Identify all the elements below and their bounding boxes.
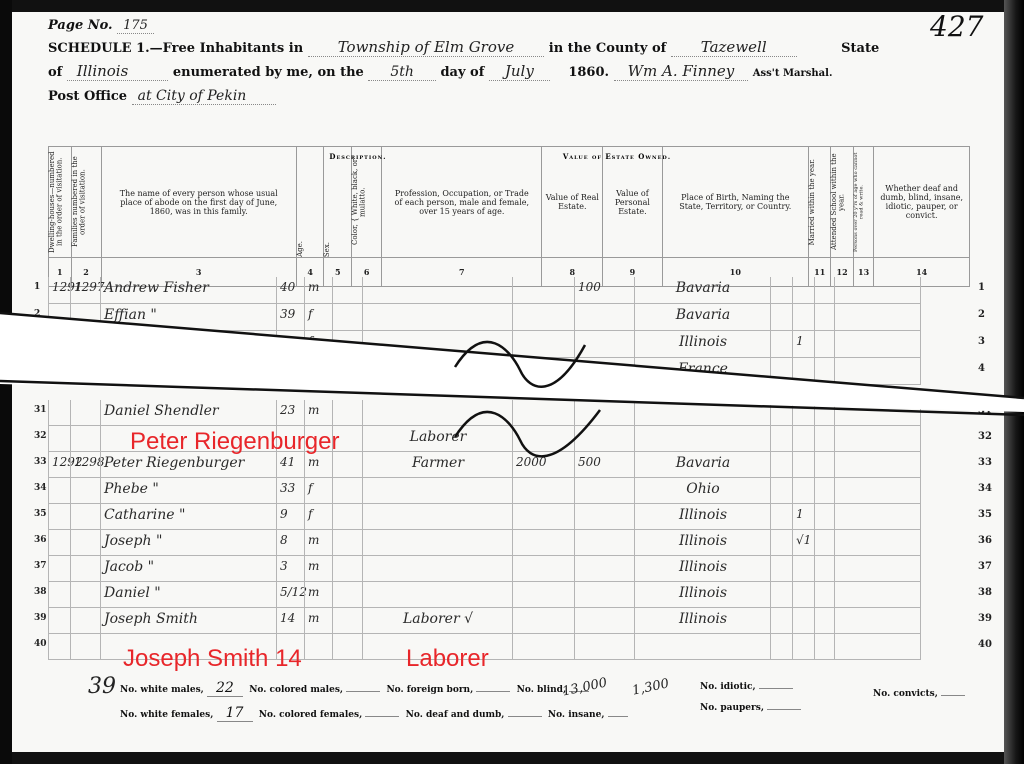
column-rule — [70, 277, 71, 385]
scan-edge-right — [1004, 0, 1024, 764]
col-num: 14 — [874, 258, 970, 287]
sex-cell: m — [308, 585, 330, 599]
marshal-label: Ass't Marshal. — [753, 68, 833, 79]
row-rule — [48, 425, 920, 426]
column-rule — [332, 277, 333, 385]
line-number-right: 36 — [978, 535, 992, 546]
line-number-right: 31 — [978, 405, 992, 416]
birthplace-cell: Illinois — [638, 334, 768, 350]
age-cell: 6 — [280, 334, 302, 348]
sex-cell: f — [308, 481, 330, 495]
line-number-right: 32 — [978, 431, 992, 442]
column-rule — [100, 400, 101, 660]
paupers-label: No. paupers, — [700, 703, 764, 713]
line-number-left: 34 — [34, 483, 47, 493]
scan-edge-left — [0, 0, 12, 764]
sex-cell: m — [308, 280, 330, 294]
line-number-left: 39 — [34, 613, 47, 623]
col-6-header: Color, { White, black, or mulatto. — [352, 147, 367, 257]
page-number-line: Page No. 175 — [48, 18, 154, 33]
of-label: of — [48, 65, 62, 80]
name-cell: Joseph " — [104, 533, 274, 549]
idiotic-label: No. idiotic, — [700, 682, 756, 692]
line-number-right: 37 — [978, 561, 992, 572]
name-cell: Catharine " — [104, 507, 274, 523]
age-cell: 14 — [280, 611, 302, 625]
row-rule — [48, 633, 920, 634]
col-2-header: Families numbered in the order of visita… — [72, 147, 87, 257]
sex-cell: f — [308, 507, 330, 521]
annotation-peter-riegenburger: Peter Riegenburger — [130, 428, 339, 456]
column-headers: Dwelling-houses—numbered in the order of… — [49, 147, 970, 258]
column-rule — [770, 400, 771, 660]
schedule-title-line: SCHEDULE 1.—Free Inhabitants in Township… — [48, 38, 879, 56]
column-rule — [574, 400, 575, 660]
birthplace-cell: Illinois — [638, 533, 768, 549]
age-cell: 33 — [280, 481, 302, 495]
row-rule — [48, 477, 920, 478]
school-cell: 1 — [796, 507, 812, 521]
column-rule — [634, 277, 635, 385]
column-rule — [920, 400, 921, 660]
personal-estate-cell: 100 — [578, 280, 632, 294]
col-14-header: Whether deaf and dumb, blind, insane, id… — [874, 147, 970, 258]
row-rule — [48, 607, 920, 608]
column-rule — [814, 277, 815, 385]
birthplace-cell: Illinois — [638, 507, 768, 523]
blind-label: No. blind, — [517, 685, 566, 695]
personal-estate-cell: 500 — [578, 455, 632, 469]
school-cell: √1 — [796, 533, 812, 547]
line-number-right: 38 — [978, 587, 992, 598]
sex-cell: m — [308, 533, 330, 547]
column-rule — [834, 400, 835, 660]
dwelling-cell: 1292 — [52, 455, 68, 469]
idiotic-line: No. idiotic, — [700, 682, 793, 692]
white-females-value: 17 — [217, 705, 253, 722]
name-cell: Daniel Shendler — [104, 403, 274, 419]
occupation-cell: Laborer √ — [366, 611, 510, 627]
school-cell: 1 — [796, 334, 812, 348]
line-number-left: 40 — [34, 639, 47, 649]
age-cell: 8 — [280, 533, 302, 547]
page-label: Page No. — [48, 18, 113, 33]
line-number-right: 4 — [978, 363, 985, 374]
column-rule — [70, 400, 71, 660]
col-5-header: Sex. — [324, 242, 332, 257]
column-rule — [792, 400, 793, 660]
col-num: 11 — [809, 258, 831, 287]
county: Tazewell — [671, 38, 797, 57]
row-rule — [48, 555, 920, 556]
col-num: 13 — [853, 258, 873, 287]
col-13-header: Persons over 20 y'rs of age who cannot r… — [854, 147, 865, 257]
birthplace-cell: Ohio — [638, 481, 768, 497]
column-rule — [100, 277, 101, 385]
colored-males-label: No. colored males, — [249, 685, 343, 695]
sex-cell: m — [308, 611, 330, 625]
post-office-label: Post Office — [48, 89, 127, 104]
day: 5th — [368, 64, 436, 81]
age-cell: 5/12 — [280, 585, 302, 599]
line-number-left: 33 — [34, 457, 47, 467]
line-number-right: 1 — [978, 282, 985, 293]
white-males-value: 22 — [207, 680, 243, 697]
convicts-line: No. convicts, — [873, 689, 965, 699]
line-number-left: 31 — [34, 405, 47, 415]
white-males-label: No. white males, — [120, 685, 204, 695]
age-cell: 40 — [280, 280, 302, 294]
age-cell: 39 — [280, 307, 302, 321]
line-number-left: 35 — [34, 509, 47, 519]
page-tally: 39 — [88, 674, 116, 699]
day-of-label: day of — [440, 65, 484, 80]
estate-group-header: Value of Estate Owned. — [556, 152, 678, 161]
row-rule — [48, 529, 920, 530]
birthplace-cell: France — [638, 361, 768, 377]
name-cell: Peter Riegenburger — [104, 455, 274, 471]
column-rule — [304, 277, 305, 385]
age-cell: 3 — [280, 559, 302, 573]
col-8-header: Value of Real Estate. — [542, 147, 603, 258]
totals-block: No. white males, 22 No. colored males, N… — [120, 680, 628, 730]
line-number-left: 38 — [34, 587, 47, 597]
line-number-right: 33 — [978, 457, 992, 468]
month: July — [489, 62, 550, 81]
line-number-right: 34 — [978, 483, 992, 494]
col-num: 7 — [382, 258, 542, 287]
description-group-header: Description. — [318, 152, 398, 161]
county-label: in the County of — [549, 41, 666, 56]
name-cell: Phebe " — [104, 481, 274, 497]
age-cell: 41 — [280, 455, 302, 469]
row-rule — [48, 357, 920, 358]
state: Illinois — [67, 62, 169, 81]
col-11-header: Married within the year. — [809, 159, 817, 245]
name-cell: Jacob " — [104, 559, 274, 575]
name-cell: Joseph Smith — [104, 611, 274, 627]
real-estate-cell: 2000 — [516, 455, 572, 469]
dwelling-cell: 1291 — [52, 280, 68, 294]
line-number-left: 32 — [34, 431, 47, 441]
occupation-cell: Farmer — [366, 455, 510, 471]
deaf-dumb-label: No. deaf and dumb, — [406, 710, 505, 720]
census-page — [10, 12, 1006, 752]
line-number-right: 39 — [978, 613, 992, 624]
col-3-header: The name of every person whose usual pla… — [101, 147, 296, 258]
column-rule — [48, 400, 49, 660]
birthplace-cell: Illinois — [638, 559, 768, 575]
colored-females-label: No. colored females, — [259, 710, 362, 720]
name-cell: Andrew Fisher — [104, 280, 274, 296]
line-number-left: 36 — [34, 535, 47, 545]
column-rule — [362, 400, 363, 660]
sex-cell: f — [308, 307, 330, 321]
occupation-cell: Laborer — [366, 429, 510, 445]
row-rule — [48, 384, 920, 385]
line-number-left: 1 — [34, 282, 40, 292]
insane-label: No. insane, — [548, 710, 605, 720]
township: Township of Elm Grove — [308, 38, 545, 57]
column-rule — [834, 277, 835, 385]
page-number: 175 — [117, 18, 154, 34]
age-cell: 23 — [280, 403, 302, 417]
name-cell: Effian " — [104, 307, 274, 323]
col-num: 6 — [352, 258, 382, 287]
sex-cell: m — [308, 455, 330, 469]
age-cell: 9 — [280, 507, 302, 521]
column-rule — [920, 277, 921, 385]
column-rule — [770, 277, 771, 385]
family-cell: 1297 — [74, 280, 98, 294]
sex-cell: m — [308, 403, 330, 417]
post-office: at City of Pekin — [132, 88, 277, 105]
sex-cell: f — [308, 334, 330, 348]
col-9-header: Value of Personal Estate. — [603, 147, 662, 258]
convicts-label: No. convicts, — [873, 689, 938, 699]
col-10-header: Place of Birth, Naming the State, Territ… — [662, 147, 808, 258]
enumeration-line: of Illinois enumerated by me, on the 5th… — [48, 62, 832, 80]
line-number-left: 4 — [34, 363, 40, 373]
year: 1860. — [568, 65, 609, 80]
row-rule — [48, 303, 920, 304]
post-office-line: Post Office at City of Pekin — [48, 88, 276, 104]
marshal-name: Wm A. Finney — [614, 62, 749, 81]
line-number-left: 2 — [34, 309, 40, 319]
column-rule — [634, 400, 635, 660]
column-rule — [362, 277, 363, 385]
column-rule — [512, 277, 513, 385]
birthplace-cell: Bavaria — [638, 307, 768, 323]
line-number-right: 3 — [978, 336, 985, 347]
column-rule — [48, 277, 49, 385]
annotation-joseph-smith: Joseph Smith 14 — [123, 645, 302, 673]
line-number-left: 37 — [34, 561, 47, 571]
schedule-title: SCHEDULE 1.—Free Inhabitants in — [48, 41, 303, 56]
white-females-label: No. white females, — [120, 710, 213, 720]
col-12-header: Attended School within the year. — [831, 147, 846, 257]
annotation-laborer: Laborer — [406, 645, 489, 673]
col-1-header: Dwelling-houses—numbered in the order of… — [49, 147, 64, 257]
row-rule — [48, 581, 920, 582]
enumerated-label: enumerated by me, on the — [173, 65, 364, 80]
column-rule — [574, 277, 575, 385]
col-7-header: Profession, Occupation, or Trade of each… — [382, 147, 542, 258]
birthplace-cell: Illinois — [638, 611, 768, 627]
row-rule — [48, 503, 920, 504]
family-cell: 1298 — [74, 455, 98, 469]
line-number-left: 3 — [34, 336, 40, 346]
birthplace-cell: Bavaria — [638, 455, 768, 471]
column-rule — [792, 277, 793, 385]
census-table: Dwelling-houses—numbered in the order of… — [48, 146, 970, 287]
column-rule — [512, 400, 513, 660]
column-rule — [276, 277, 277, 385]
sex-cell: m — [308, 559, 330, 573]
birthplace-cell: Bavaria — [638, 280, 768, 296]
line-number-right: 2 — [978, 309, 985, 320]
line-number-right: 40 — [978, 639, 992, 650]
name-cell: Daniel " — [104, 585, 274, 601]
line-number-right: 35 — [978, 509, 992, 520]
foreign-born-label: No. foreign born, — [386, 685, 473, 695]
column-rule — [814, 400, 815, 660]
col-4-header: Age. — [297, 241, 305, 257]
paupers-line: No. paupers, — [700, 703, 801, 713]
sheet-number: 427 — [930, 10, 983, 43]
state-label: State — [841, 41, 879, 56]
birthplace-cell: Illinois — [638, 585, 768, 601]
row-rule — [48, 330, 920, 331]
